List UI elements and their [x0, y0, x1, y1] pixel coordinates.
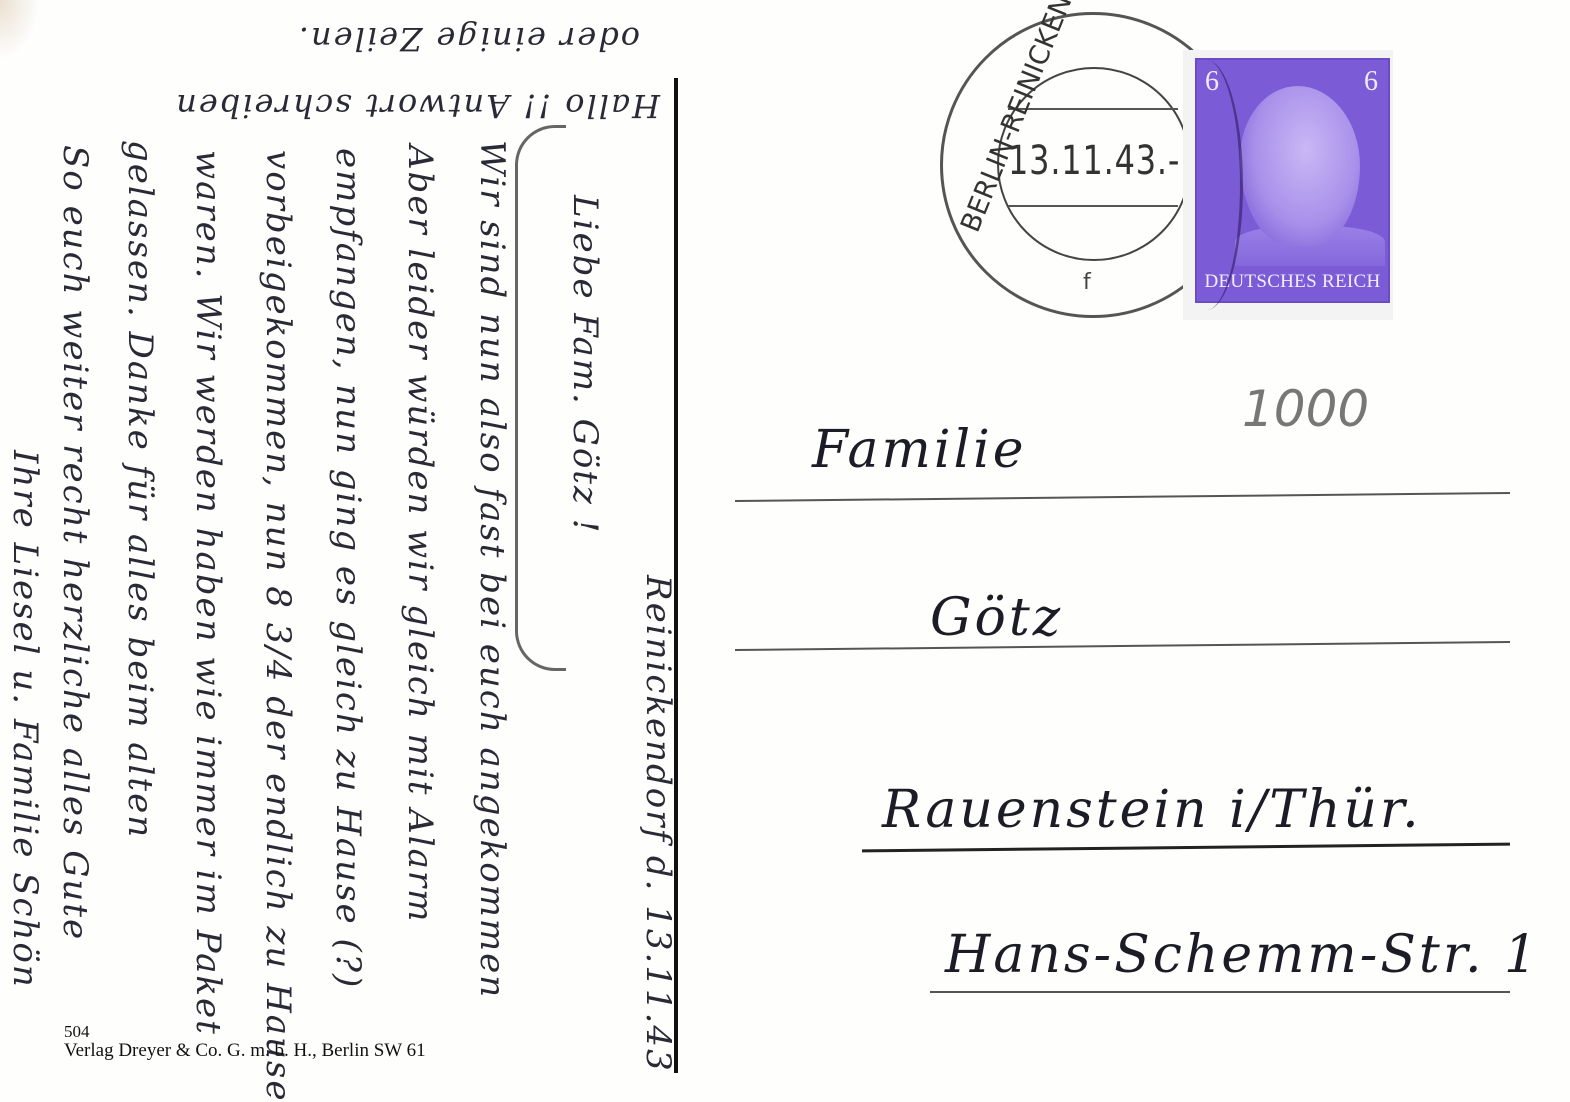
publisher-imprint: Verlag Dreyer & Co. G. m. b. H., Berlin …: [64, 1040, 426, 1062]
postcard: oder einige Zeilen. Hallo !! Antwort sch…: [0, 0, 1570, 1102]
address-rule-1: [735, 492, 1510, 502]
address-rule-2: [735, 641, 1510, 651]
message-line-5: waren. Wir werden haben wie immer im Pak…: [188, 150, 228, 1036]
greeting-bracket: [515, 125, 566, 671]
postmark-bar-bottom: [1008, 205, 1178, 207]
recipient-line-4: Hans-Schemm-Str. 1: [945, 925, 1540, 985]
message-line-8: Ihre Liesel u. Familie Schön: [5, 450, 45, 989]
publisher-number: 504: [64, 1022, 90, 1042]
recipient-line-2: Götz: [930, 588, 1063, 648]
message-line-6: gelassen. Danke für alles beim alten: [120, 140, 160, 839]
recipient-line-1: Familie: [812, 420, 1027, 480]
address-rule-4: [930, 991, 1510, 993]
message-line-1: Wir sind nun also fast bei euch angekomm…: [472, 140, 512, 999]
postmark-letter: f: [1083, 270, 1091, 295]
upside-down-note-line-1: oder einige Zeilen.: [297, 20, 640, 58]
postmark-overlap-arc: [1170, 60, 1243, 310]
upside-down-note-line-2: Hallo !! Antwort schreiben: [174, 87, 660, 125]
message-line-4: vorbeigekommen, nun 8 3/4 der endlich zu…: [258, 150, 298, 1102]
recipient-line-3: Rauenstein i/Thür.: [882, 780, 1422, 840]
address-rule-3: [862, 843, 1510, 853]
stamp-value-right: 6: [1364, 66, 1378, 98]
message-line-2: Aber leider würden wir gleich mit Alarm: [400, 145, 440, 923]
greeting: Liebe Fam. Götz !: [565, 195, 605, 534]
pencil-note: 1000: [1242, 380, 1369, 438]
place-date: Reinickendorf d. 13.11.43: [638, 575, 678, 1073]
center-divider: [674, 78, 678, 1073]
message-line-3: empfangen, nun ging es gleich zu Hause (…: [328, 148, 368, 989]
message-line-7: So euch weiter recht herzliche alles Gut…: [55, 145, 95, 941]
stamp-portrait-icon: [1240, 86, 1360, 246]
